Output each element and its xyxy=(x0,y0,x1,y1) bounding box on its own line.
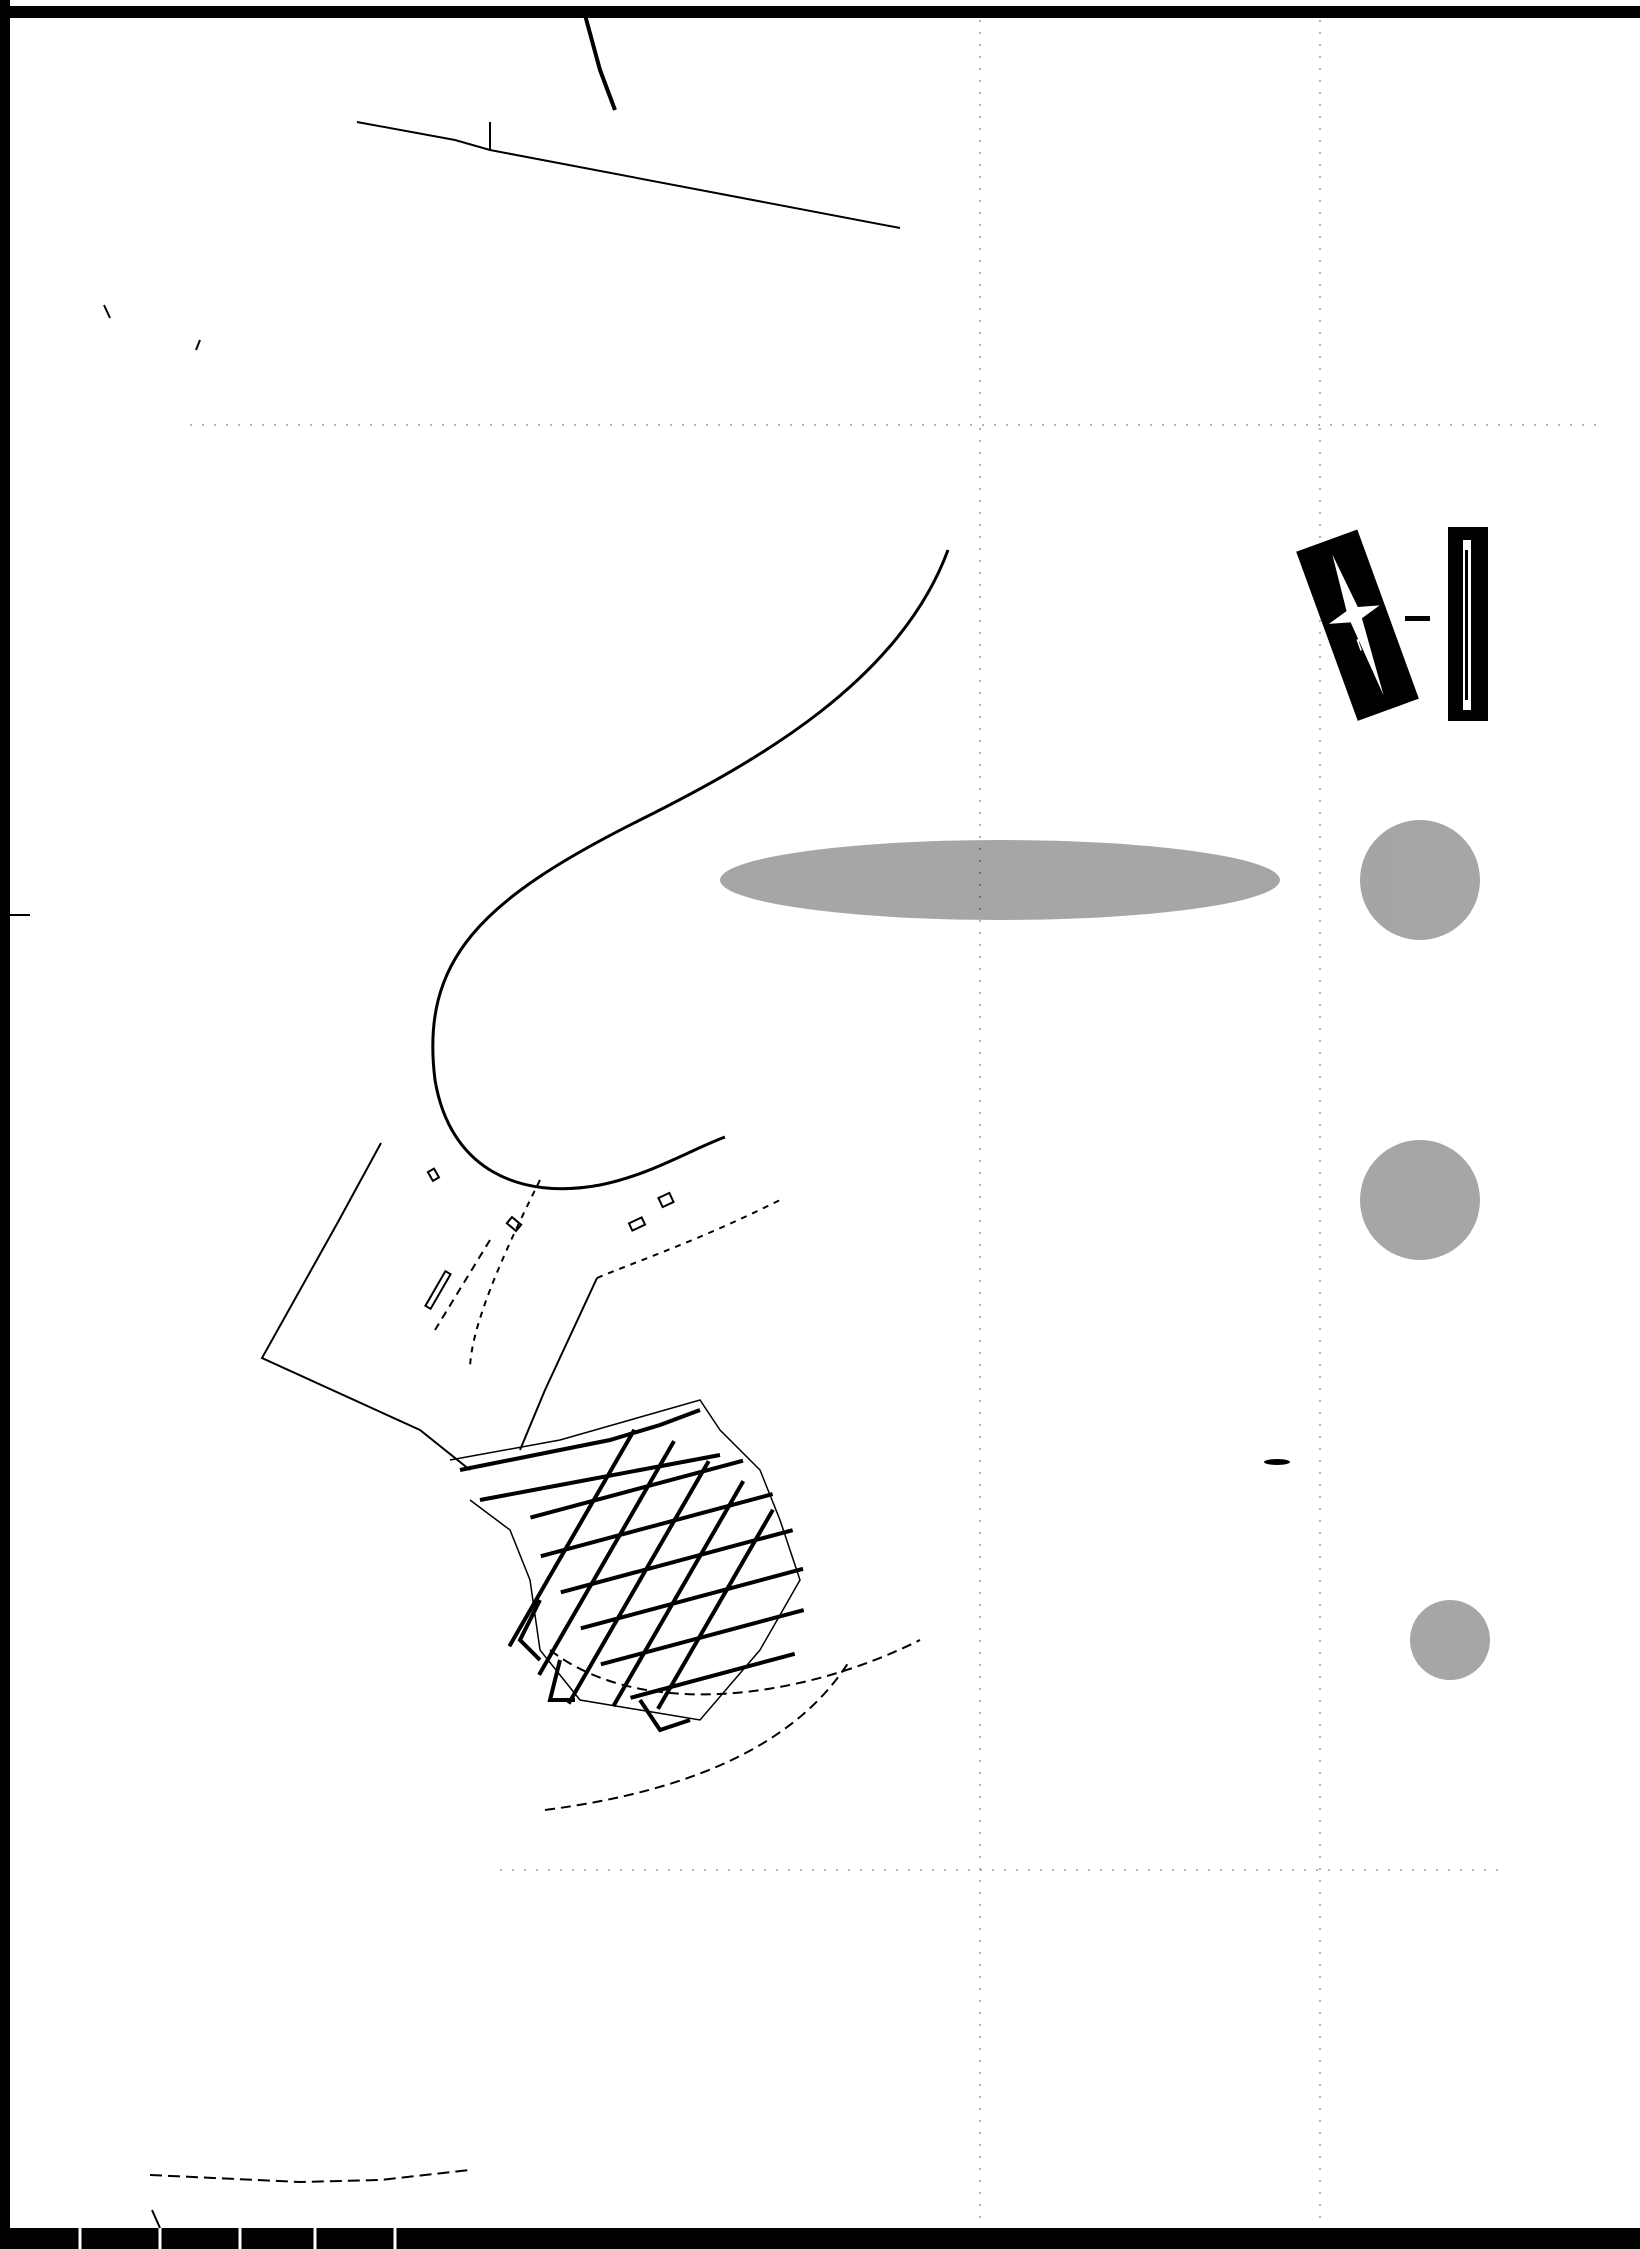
survey-line-top xyxy=(357,15,900,228)
map-canvas: N xyxy=(0,0,1640,2249)
left-border xyxy=(0,0,10,2249)
mark xyxy=(1264,1459,1290,1465)
map-sheet: scanned mine map xyxy=(0,0,1640,2249)
misc-marks xyxy=(0,305,470,2228)
top-border xyxy=(0,6,1640,18)
dash xyxy=(1405,616,1430,621)
bottom-border xyxy=(0,2228,1640,2249)
mine-workings xyxy=(460,1410,824,1744)
survey-traverse xyxy=(262,1143,920,1810)
grid-lines xyxy=(190,20,1600,2220)
faded-speckle xyxy=(720,820,1490,1680)
north-arrow-icon: N xyxy=(1296,529,1419,720)
scale-bar-icon xyxy=(1448,527,1488,721)
